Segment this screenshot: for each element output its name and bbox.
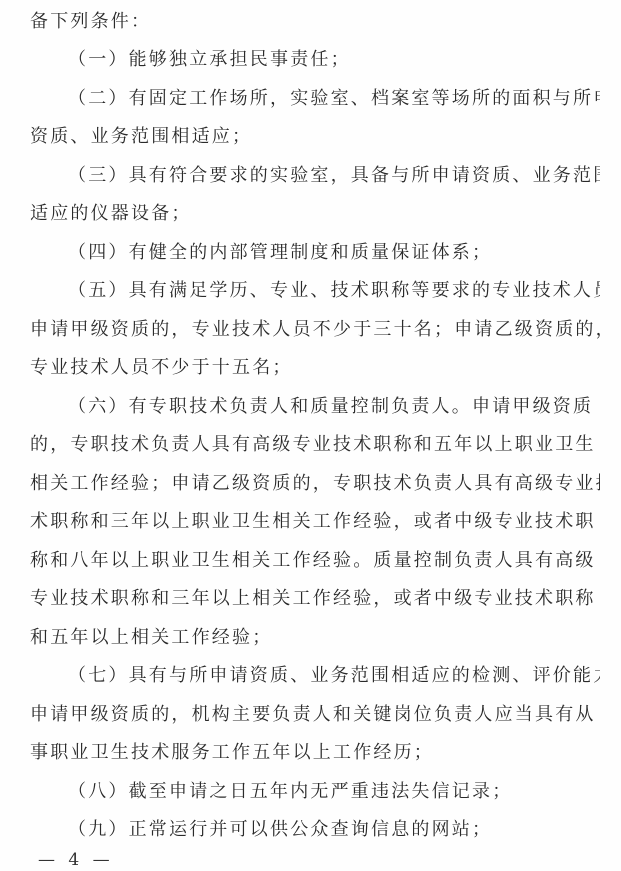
clause-1-line: （一）能够独立承担民事责任； — [68, 41, 600, 79]
text-line: 的，专职技术负责人具有高级专业技术职称和五年以上职业卫生 — [30, 426, 600, 464]
text-line: 备下列条件： — [30, 3, 600, 41]
text-line: 专业技术人员不少于十五名； — [30, 349, 600, 387]
clause-7-line: （七）具有与所申请资质、业务范围相适应的检测、评价能力。 — [68, 657, 600, 695]
clause-5-line: （五）具有满足学历、专业、技术职称等要求的专业技术人员。 — [68, 272, 600, 310]
clause-2-line: （二）有固定工作场所，实验室、档案室等场所的面积与所申请 — [68, 80, 600, 118]
clause-8-line: （八）截至申请之日五年内无严重违法失信记录； — [68, 773, 600, 811]
page-number: — 4 — — [38, 848, 114, 871]
text-line: 申请甲级资质的，机构主要负责人和关键岗位负责人应当具有从 — [30, 696, 600, 734]
text-line: 称和八年以上职业卫生相关工作经验。质量控制负责人具有高级 — [30, 542, 600, 580]
text-line: 专业技术职称和三年以上相关工作经验，或者中级专业技术职称 — [30, 580, 600, 618]
text-line: 申请甲级资质的，专业技术人员不少于三十名；申请乙级资质的， — [30, 311, 600, 349]
text-line: 适应的仪器设备； — [30, 195, 600, 233]
clause-3-line: （三）具有符合要求的实验室，具备与所申请资质、业务范围相 — [68, 157, 600, 195]
text-line: 资质、业务范围相适应； — [30, 118, 600, 156]
text-line: 术职称和三年以上职业卫生相关工作经验，或者中级专业技术职 — [30, 503, 600, 541]
document-page: 备下列条件： （一）能够独立承担民事责任； （二）有固定工作场所，实验室、档案室… — [0, 0, 621, 871]
clause-9-line: （九）正常运行并可以供公众查询信息的网站； — [68, 811, 600, 849]
text-line: 和五年以上相关工作经验； — [30, 619, 600, 657]
clause-4-line: （四）有健全的内部管理制度和质量保证体系； — [68, 234, 600, 272]
text-line: 相关工作经验；申请乙级资质的，专职技术负责人具有高级专业技 — [30, 465, 600, 503]
text-line: 事职业卫生技术服务工作五年以上工作经历； — [30, 734, 600, 772]
clause-6-line: （六）有专职技术负责人和质量控制负责人。申请甲级资质 — [68, 388, 600, 426]
